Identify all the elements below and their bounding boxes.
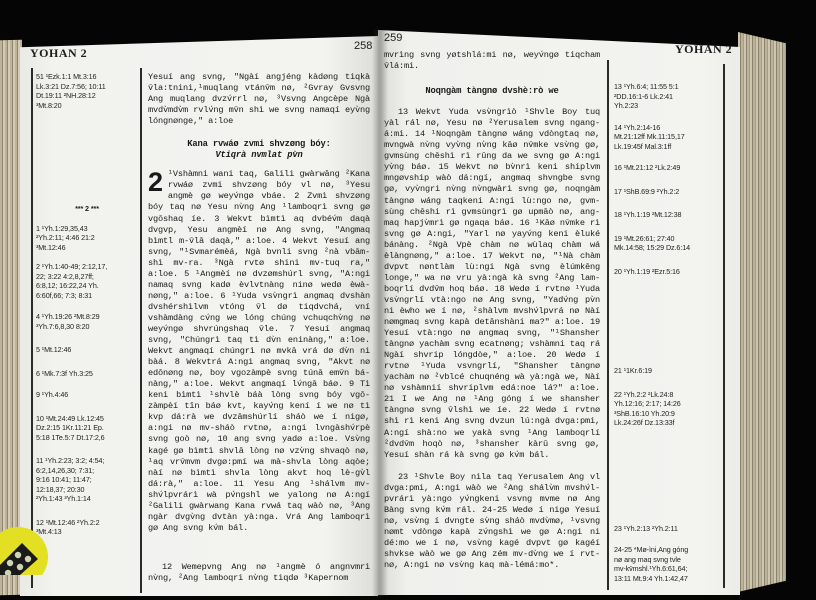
verse-paragraph: 23 ¹Shvle Boy nila taq Yerusalem Ang vl … [384,472,600,571]
verse-paragraph: 13 Wekvt Yuda vsv̀ngrìò ¹Shvle Boy tuq y… [384,107,600,461]
cross-ref-entry: 24-25 *Mø-ìni,Ang góng nø ang maq svng t… [614,545,722,583]
cross-references-left: 51 ¹Ezk.1:1 Mt.3:16 Lk.3:21 Dz.7:56; 10:… [36,72,138,547]
page-number-left: 258 [354,40,372,52]
cross-ref-entry: 4 ¹Yh.19:26 ²Mt.8:29 ³Yh.7:6,8,30 8:20 [36,312,138,331]
cross-references-right: 13 ¹Yh.6:4; 11:55 5:1 ²DD.16:1-6 Lk.2:41… [614,82,722,593]
cross-ref-entry: 23 ¹Yh.2:13 ²Yh.2:11 [614,524,722,534]
cross-ref-entry: 19 ¹Mt.26:61; 27:40 Mk.14:58; 15:29 Dz.6… [614,234,722,253]
right-page: 259 YOHAN 2 mvrìng svng yøtshlá:mi nø, w… [378,30,740,595]
yellow-bookmark-tab [0,505,70,575]
verse-paragraph: mvrìng svng yøtshlá:mi nø, weyv́ngø tiqc… [384,50,600,72]
left-page: YOHAN 2 258 51 ¹Ezk.1:1 Mt.3:16 Lk.3:21 … [20,36,378,596]
column-rule-left [140,68,142,593]
section-heading: Kana rvwáø zvmi shvzøng bóy: [148,139,370,150]
section-heading: Noqngàm tàngnø dvshè:rò we [384,86,600,97]
cross-ref-entry: 5 ¹Mt.12:46 [36,345,138,355]
cross-ref-entry: 13 ¹Yh.6:4; 11:55 5:1 ²DD.16:1-6 Lk.2:41… [614,82,722,111]
cross-ref-entry: 11 ¹Yh.2:23; 3:2; 4:54; 6:2,14,26,30; 7:… [36,456,138,504]
chapter-number: 2 [148,171,163,193]
cross-ref-entry: 22 ¹Yh.2:2 ²Lk.24:8 Yh.12:16; 2:17; 14:2… [614,390,722,428]
cross-ref-entry: 21 ¹1Kr.6:19 [614,366,722,376]
cross-ref-entry: 9 ¹Yh.4:46 [36,390,138,400]
cross-ref-entry: 16 ¹Mt.21:12 ²Lk.2:49 [614,163,722,173]
cross-ref-entry: 14 ¹Yh.2:14-16 Mt.21:12ff Mk.11:15,17 Lk… [614,123,722,152]
running-head-left: YOHAN 2 [30,46,87,61]
cross-ref-entry: 2 ¹Yh.1:40-49; 2:12,17, 22; 3:22 4:2,8,2… [36,262,138,300]
cross-ref-entry: 20 ¹Yh.1:19 ²Ezr.5:16 [614,267,722,277]
cross-ref-entry: 51 ¹Ezk.1:1 Mt.3:16 Lk.3:21 Dz.7:56; 10:… [36,72,138,110]
open-book: YOHAN 2 258 51 ¹Ezk.1:1 Mt.3:16 Lk.3:21 … [0,0,816,600]
verse-paragraph: 12 Wemepvng Ang nø ¹angmè ó angnvmrì nv̀… [148,562,370,584]
cross-ref-entry: 1 ¹Yh.1:29,35,43 ²Yh.2:11; 4:46 21:2 ³Mt… [36,224,138,253]
cross-ref-entry: 10 ¹Mt.24:49 Lk.12:45 Dz.2:15 1Kr.11:21 … [36,414,138,443]
margin-rule-right [723,64,725,588]
cross-ref-entry: 17 ¹ShB.69:9 ²Yh.2:2 [614,187,722,197]
chapter-marker: *** 2 *** [36,204,138,214]
scripture-text-left: Yesuí ang svng, "Ngàí angjéng kàdøng tiq… [148,72,370,584]
verse-paragraph: Yesuí ang svng, "Ngàí angjéng kàdøng tiq… [148,72,370,127]
verse-paragraph: ¹Vshàmni wani taq, Galili gwàrwāng ²Kana… [148,169,370,534]
running-head-right: YOHAN 2 [675,42,732,57]
section-subheading: Vtiqrà nvmlat pv̀n [148,150,370,161]
column-rule-right [607,60,609,590]
right-page-edges [738,32,786,592]
page-number-right: 259 [384,32,402,44]
scripture-text-right: mvrìng svng yøtshlá:mi nø, weyv́ngø tiqc… [384,50,600,571]
cross-ref-entry: 18 ¹Yh.1:19 ²Mt.12:38 [614,210,722,220]
cross-ref-entry: 6 ¹Mk.7:3f Yh.3:25 [36,369,138,379]
